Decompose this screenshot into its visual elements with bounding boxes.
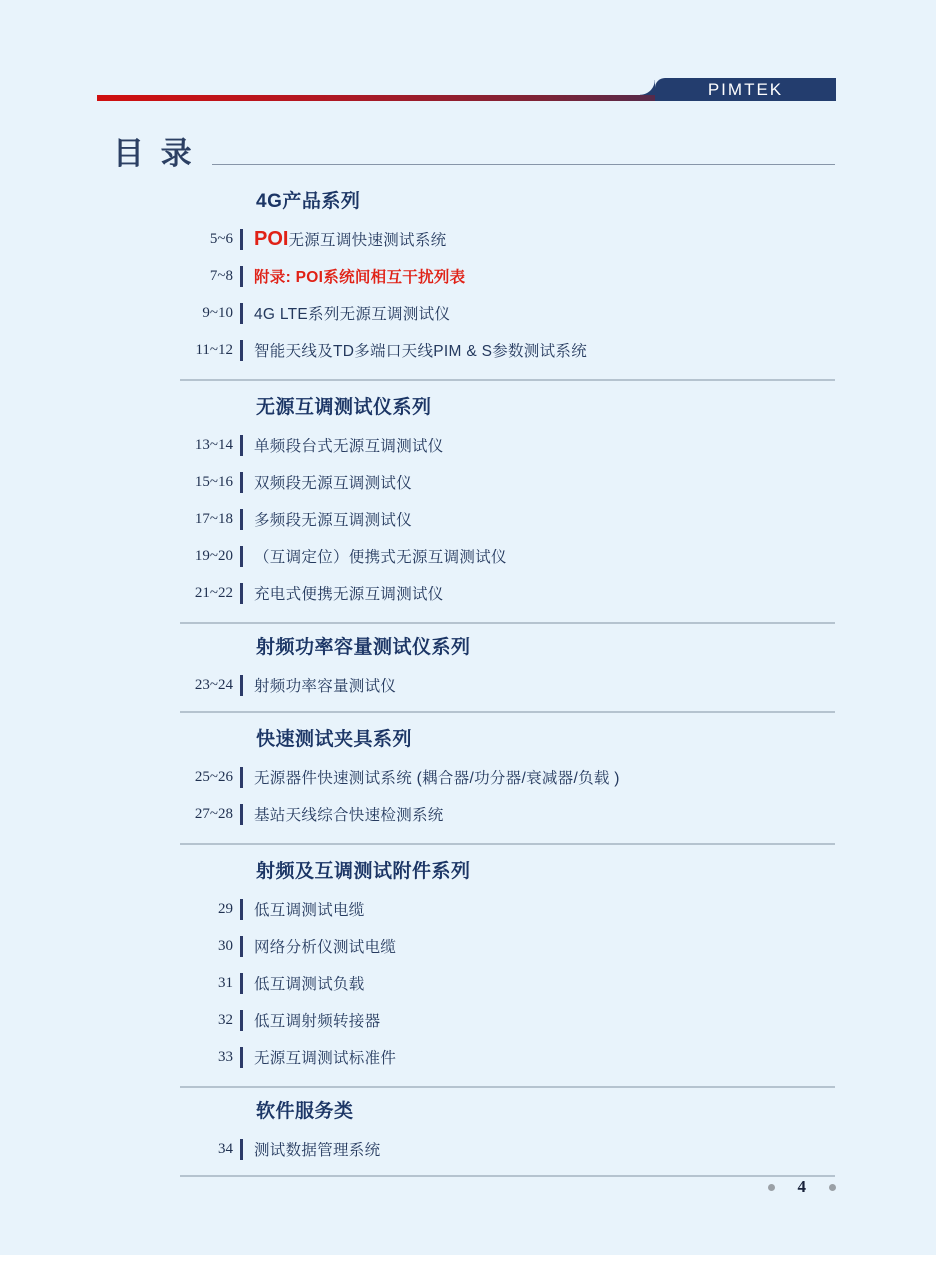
toc-item-label: 低互调测试电缆 [243,898,365,920]
toc-item-label: POI无源互调快速测试系统 [243,228,446,251]
footer-dot-icon [829,1184,836,1191]
toc-sections: 4G产品系列5~6POI无源互调快速测试系统7~8附录: POI系统间相互干扰列… [180,175,835,1177]
toc-item[interactable]: 34测试数据管理系统 [180,1137,835,1161]
toc-item-label: 低互调测试负载 [243,972,365,994]
toc-item-label: （互调定位）便携式无源互调测试仪 [243,545,507,567]
section-heading: 4G产品系列 [256,190,835,214]
toc-item-pages: 33 [180,1049,240,1066]
section-heading: 软件服务类 [256,1100,835,1124]
toc-item-label-red: 附录: POI系统间相互干扰列表 [254,269,465,286]
toc-item-pages: 31 [180,975,240,992]
title-underline [212,164,835,165]
toc-item-label: 单频段台式无源互调测试仪 [243,434,444,456]
page-header: PIMTEK [0,0,936,101]
toc-item[interactable]: 9~104G LTE系列无源互调测试仪 [180,301,835,325]
section-heading: 射频功率容量测试仪系列 [256,636,835,660]
brand-box-fillet [640,80,655,95]
toc-item-label: 无源器件快速测试系统 (耦合器/功分器/衰减器/负载 ) [243,766,620,788]
toc-item[interactable]: 21~22充电式便携无源互调测试仪 [180,581,835,605]
toc-item-label-text: 无源互调快速测试系统 [288,232,446,249]
toc-item-label: 测试数据管理系统 [243,1138,380,1160]
toc-item[interactable]: 19~20（互调定位）便携式无源互调测试仪 [180,544,835,568]
toc-section: 快速测试夹具系列25~26无源器件快速测试系统 (耦合器/功分器/衰减器/负载 … [180,713,835,843]
toc-item-pages: 11~12 [180,342,240,359]
toc-item-pages: 34 [180,1141,240,1158]
toc-item-label-text: 充电式便携无源互调测试仪 [254,586,444,603]
catalog-toc-page: PIMTEK 目 录 4G产品系列5~6POI无源互调快速测试系统7~8附录: … [0,0,936,1255]
footer-dot-icon [768,1184,775,1191]
toc-item-label: 无源互调测试标准件 [243,1046,396,1068]
toc-item[interactable]: 29低互调测试电缆 [180,897,835,921]
toc-item[interactable]: 11~12智能天线及TD多端口天线PIM & S参数测试系统 [180,338,835,362]
toc-item[interactable]: 15~16双频段无源互调测试仪 [180,470,835,494]
toc-section: 射频功率容量测试仪系列23~24射频功率容量测试仪 [180,624,835,711]
toc-item-label: 多频段无源互调测试仪 [243,508,412,530]
toc-item[interactable]: 25~26无源器件快速测试系统 (耦合器/功分器/衰减器/负载 ) [180,765,835,789]
brand-logo: PIMTEK [655,78,836,101]
toc-item-label-text: 单频段台式无源互调测试仪 [254,438,444,455]
toc-item-label-text: 4G LTE系列无源互调测试仪 [254,306,450,323]
toc-item[interactable]: 17~18多频段无源互调测试仪 [180,507,835,531]
toc-item[interactable]: 5~6POI无源互调快速测试系统 [180,227,835,251]
toc-item-pages: 21~22 [180,585,240,602]
toc-item-label-text: 无源器件快速测试系统 (耦合器/功分器/衰减器/负载 ) [254,770,620,787]
toc-item-pages: 13~14 [180,437,240,454]
toc-item[interactable]: 27~28基站天线综合快速检测系统 [180,802,835,826]
toc-item-pages: 25~26 [180,769,240,786]
toc-item[interactable]: 13~14单频段台式无源互调测试仪 [180,433,835,457]
toc-item-pages: 7~8 [180,268,240,285]
toc-item-pages: 9~10 [180,305,240,322]
toc-item-label: 充电式便携无源互调测试仪 [243,582,444,604]
toc-item-label: 网络分析仪测试电缆 [243,935,396,957]
toc-item[interactable]: 23~24射频功率容量测试仪 [180,673,835,697]
toc-item[interactable]: 32低互调射频转接器 [180,1008,835,1032]
toc-item-label: 4G LTE系列无源互调测试仪 [243,302,450,324]
toc-item[interactable]: 31低互调测试负载 [180,971,835,995]
toc-item-label: 低互调射频转接器 [243,1009,380,1031]
toc-item-label: 基站天线综合快速检测系统 [243,803,444,825]
toc-item-label-text: 无源互调测试标准件 [254,1050,396,1067]
toc-item[interactable]: 30网络分析仪测试电缆 [180,934,835,958]
toc-section: 软件服务类34测试数据管理系统 [180,1088,835,1175]
toc-item-label-text: 低互调射频转接器 [254,1013,380,1030]
toc-section: 4G产品系列5~6POI无源互调快速测试系统7~8附录: POI系统间相互干扰列… [180,175,835,379]
toc-item-pages: 17~18 [180,511,240,528]
toc-item[interactable]: 33无源互调测试标准件 [180,1045,835,1069]
toc-item-label: 附录: POI系统间相互干扰列表 [243,265,465,287]
toc-title-row: 目 录 [113,138,835,169]
toc-item-pages: 32 [180,1012,240,1029]
toc-item[interactable]: 7~8附录: POI系统间相互干扰列表 [180,264,835,288]
toc-item-label-text: 基站天线综合快速检测系统 [254,807,444,824]
toc-item-label-text: 射频功率容量测试仪 [254,678,396,695]
page-number: 4 [798,1177,807,1197]
toc-item-label-red: POI [254,228,288,250]
toc-section: 射频及互调测试附件系列29低互调测试电缆30网络分析仪测试电缆31低互调测试负载… [180,845,835,1086]
toc-item-pages: 27~28 [180,806,240,823]
toc-item-label-text: 双频段无源互调测试仪 [254,475,412,492]
page-title: 目 录 [113,138,196,169]
section-divider [180,1175,835,1177]
page-footer: 4 [768,1177,837,1197]
toc-item-label-text: 多频段无源互调测试仪 [254,512,412,529]
section-heading: 快速测试夹具系列 [256,728,835,752]
toc-item-label-text: 测试数据管理系统 [254,1142,380,1159]
toc-item-label-text: 低互调测试电缆 [254,902,365,919]
toc-item-pages: 23~24 [180,677,240,694]
brand-label: PIMTEK [708,80,783,100]
toc-item-label: 智能天线及TD多端口天线PIM & S参数测试系统 [243,339,587,361]
toc-item-pages: 29 [180,901,240,918]
toc-item-pages: 5~6 [180,231,240,248]
toc-item-label-text: 网络分析仪测试电缆 [254,939,396,956]
toc-item-label-text: 智能天线及TD多端口天线PIM & S参数测试系统 [254,343,587,360]
toc-item-label: 双频段无源互调测试仪 [243,471,412,493]
toc-item-pages: 19~20 [180,548,240,565]
toc-section: 无源互调测试仪系列13~14单频段台式无源互调测试仪15~16双频段无源互调测试… [180,381,835,622]
section-heading: 无源互调测试仪系列 [256,396,835,420]
toc-item-label-text: （互调定位）便携式无源互调测试仪 [254,549,507,566]
toc-item-label-text: 低互调测试负载 [254,976,365,993]
toc-item-pages: 15~16 [180,474,240,491]
toc-item-label: 射频功率容量测试仪 [243,674,396,696]
toc-item-pages: 30 [180,938,240,955]
section-heading: 射频及互调测试附件系列 [256,860,835,884]
